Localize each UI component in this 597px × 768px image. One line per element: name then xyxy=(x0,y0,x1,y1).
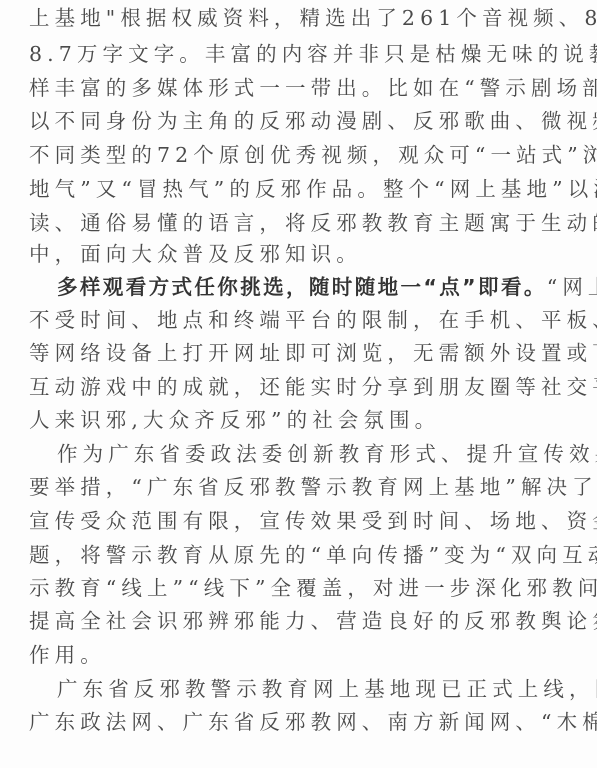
text-line-3: 样丰富的多媒体形式一一带出。比如在“警示剧场部分，收录了 xyxy=(29,71,545,105)
text-line-2: 8.7万字文字。丰富的内容并非只是枯燥无味的说教，而是由同 xyxy=(29,37,545,71)
text-line-21: 广东省反邪教警示教育网上基地现已正式上线，网民可通过 xyxy=(57,672,545,706)
text-line-7: 读、通俗易懂的语言，将反邪教教育主题寓于生动的展示体验之 xyxy=(29,206,545,240)
document-page: 上基地"根据权威资料，精选出了261个音视频、809张图片和 8.7万字文字。丰… xyxy=(0,0,597,768)
text-line-14: 作为广东省委政法委创新教育形式、提升宣传效果的又一重 xyxy=(57,437,545,471)
text-line-1: 上基地"根据权威资料，精选出了261个音视频、809张图片和 xyxy=(29,1,545,35)
text-line-17: 题，将警示教育从原先的“单向传播”变为“双向互动”，实现了警 xyxy=(29,538,545,572)
text-line-15: 要举措，“广东省反邪教警示教育网上基地”解决了传统实体基地 xyxy=(29,470,545,504)
text-line-12: 互动游戏中的成就，还能实时分享到朋友圈等社交平台，营造“人 xyxy=(29,370,545,404)
text-line-5: 不同类型的72个原创优秀视频，观众可“一站式”浏览到各样“接 xyxy=(29,138,545,172)
text-line-4: 以不同身份为主角的反邪动漫剧、反邪歌曲、微视频、微电影等 xyxy=(29,104,545,138)
text-line-20: 作用。 xyxy=(29,638,545,672)
text-line-19: 提高全社会识邪辨邪能力、营造良好的反邪教舆论氛围具有重要 xyxy=(29,604,545,638)
text-line-6: 地气”又“冒热气”的反邪作品。整个“网上基地”以深入浅出的解 xyxy=(29,172,545,206)
text-line-8: 中，面向大众普及反邪知识。 xyxy=(29,237,545,271)
text-line-16: 宣传受众范围有限，宣传效果受到时间、场地、资金等限制的难 xyxy=(29,504,545,538)
text-line-18: 示教育“线上”“线下”全覆盖，对进一步深化邪教问题源头治理， xyxy=(29,571,545,605)
text-line-11: 等网络设备上打开网址即可浏览，无需额外设置或下载，观众在 xyxy=(29,336,545,370)
text-line-9-rest: “网上基地” xyxy=(547,275,597,299)
text-line-9-heading: 多样观看方式任你挑选，随时随地一“点”即看。“网上基地” xyxy=(57,270,545,304)
text-line-10: 不受时间、地点和终端平台的限制，在手机、平板、电脑、电视 xyxy=(29,303,545,337)
bold-lead-sentence: 多样观看方式任你挑选，随时随地一“点”即看。 xyxy=(57,275,547,299)
text-line-13: 人来识邪,大众齐反邪”的社会氛围。 xyxy=(29,403,545,437)
text-line-22: 广东政法网、广东省反邪教网、南方新闻网、“木棉雅韵”微信公 xyxy=(29,705,545,739)
